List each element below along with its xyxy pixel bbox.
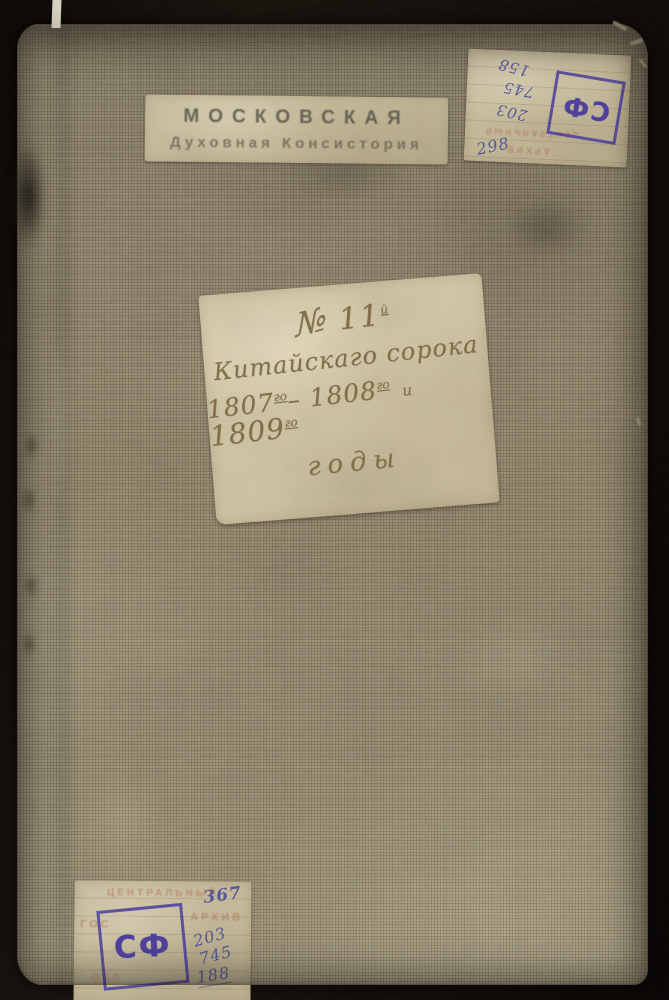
bookmark-tab xyxy=(52,0,62,28)
edge-shading xyxy=(17,24,648,985)
book-cover: МОСКОВСКАЯ Духовная Консистория ЦЕНТРАЛЬ… xyxy=(17,24,648,985)
archival-photo: МОСКОВСКАЯ Духовная Консистория ЦЕНТРАЛЬ… xyxy=(0,0,669,1000)
